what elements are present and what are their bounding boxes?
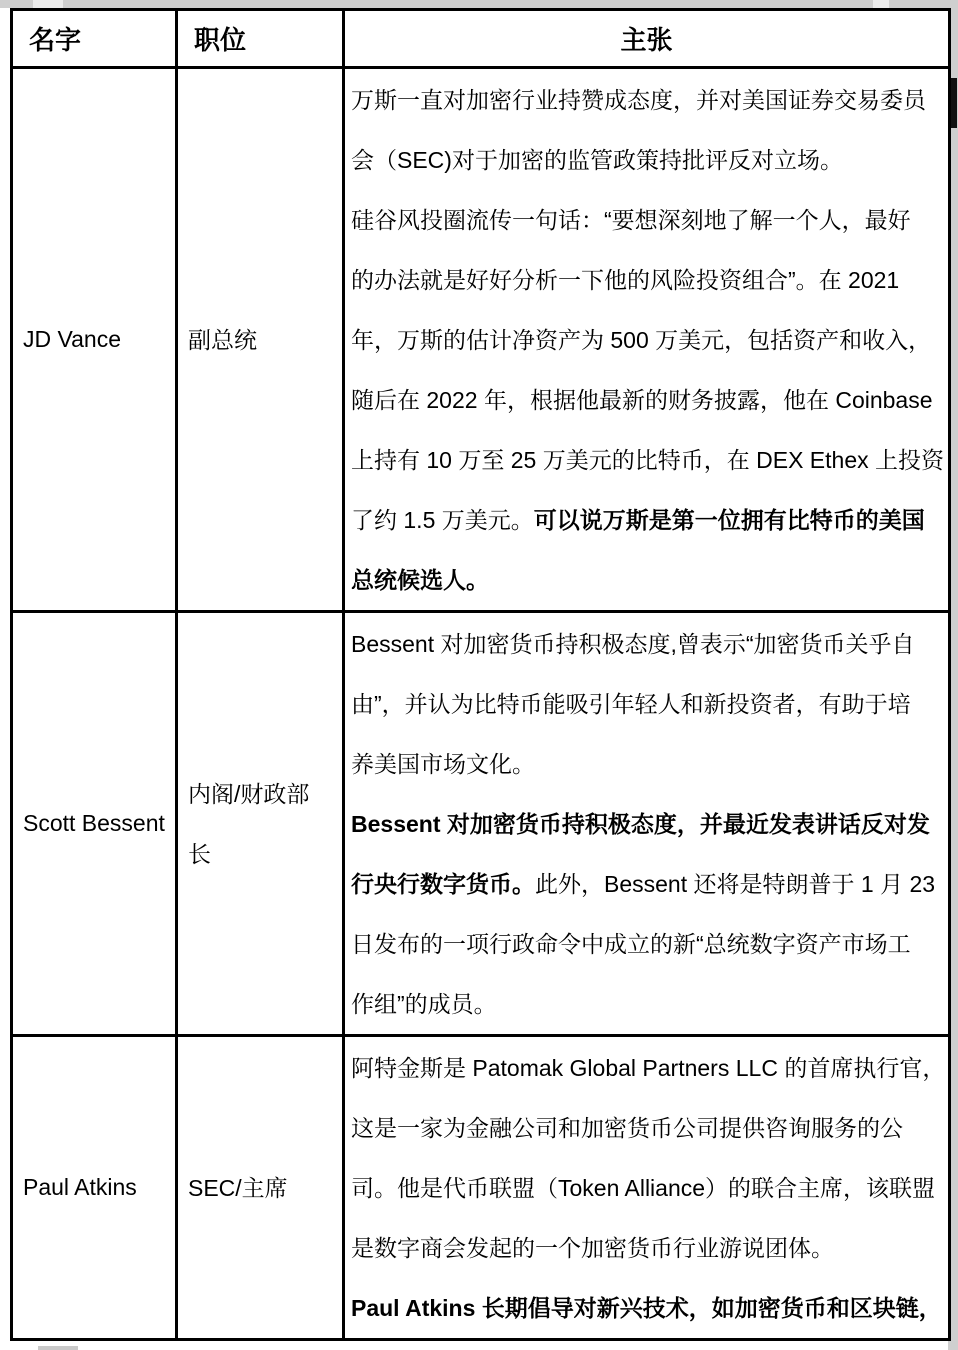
- ruler-tab-right: [873, 0, 889, 8]
- claim-line: 的办法就是好好分析一下他的风险投资组合”。在 2021: [351, 250, 944, 310]
- claim-line: 作组”的成员。: [351, 974, 944, 1034]
- person-name: Paul Atkins: [23, 1174, 171, 1201]
- claim-line: 司。他是代币联盟（Token Alliance）的联合主席，该联盟: [351, 1158, 944, 1218]
- person-position-cell[interactable]: 内阁/财政部长: [177, 612, 344, 1036]
- page-bottom-tab: [38, 1346, 78, 1350]
- position-line: 长: [188, 824, 338, 884]
- table-header-row: 名字 职位 主张: [12, 10, 950, 68]
- header-name[interactable]: 名字: [12, 10, 177, 68]
- claim-line: 日发布的一项行政命令中成立的新“总统数字资产市场工: [351, 914, 944, 974]
- claim-line: 硅谷风投圈流传一句话：“要想深刻地了解一个人，最好: [351, 190, 944, 250]
- header-claim[interactable]: 主张: [344, 10, 950, 68]
- position-line: 副总统: [188, 310, 338, 370]
- person-claim-cell[interactable]: 万斯一直对加密行业持赞成态度，并对美国证券交易委员会（SEC)对于加密的监管政策…: [344, 68, 950, 612]
- person-name: JD Vance: [23, 326, 171, 353]
- claim-line: 上持有 10 万至 25 万美元的比特币，在 DEX Ethex 上投资: [351, 430, 944, 490]
- ruler-tab-left: [33, 0, 63, 8]
- position-line: 内阁/财政部: [188, 764, 338, 824]
- person-name: Scott Bessent: [23, 810, 171, 837]
- table-row: Paul Atkins SEC/主席 阿特金斯是 Patomak Global …: [12, 1036, 950, 1340]
- claim-line: 年，万斯的估计净资产为 500 万美元，包括资产和收入，: [351, 310, 944, 370]
- person-claim-cell[interactable]: Bessent 对加密货币持积极态度,曾表示“加密货币关乎自由”，并认为比特币能…: [344, 612, 950, 1036]
- claim-line: 由”，并认为比特币能吸引年轻人和新投资者，有助于培: [351, 674, 944, 734]
- claim-line: 阿特金斯是 Patomak Global Partners LLC 的首席执行官…: [351, 1038, 944, 1098]
- table-row: Scott Bessent 内阁/财政部长 Bessent 对加密货币持积极态度…: [12, 612, 950, 1036]
- person-position: SEC/主席: [188, 1158, 338, 1218]
- person-name-cell[interactable]: Scott Bessent: [12, 612, 177, 1036]
- claim-line: 会（SEC)对于加密的监管政策持批评反对立场。: [351, 130, 944, 190]
- claim-line: 总统候选人。: [351, 550, 944, 610]
- claim-line: 随后在 2022 年，根据他最新的财务披露，他在 Coinbase: [351, 370, 944, 430]
- person-position-cell[interactable]: 副总统: [177, 68, 344, 612]
- table-row: JD Vance 副总统 万斯一直对加密行业持赞成态度，并对美国证券交易委员会（…: [12, 68, 950, 612]
- claim-line: 养美国市场文化。: [351, 734, 944, 794]
- claim-line: 万斯一直对加密行业持赞成态度，并对美国证券交易委员: [351, 70, 944, 130]
- person-name-cell[interactable]: JD Vance: [12, 68, 177, 612]
- claim-line: 是数字商会发起的一个加密货币行业游说团体。: [351, 1218, 944, 1278]
- chrome-top-strip: [0, 0, 958, 8]
- claim-line: 行央行数字货币。此外，Bessent 还将是特朗普于 1 月 23: [351, 854, 944, 914]
- person-position-cell[interactable]: SEC/主席: [177, 1036, 344, 1340]
- person-position: 内阁/财政部长: [188, 764, 338, 884]
- claim-line: Bessent 对加密货币持积极态度,曾表示“加密货币关乎自: [351, 614, 944, 674]
- person-name-cell[interactable]: Paul Atkins: [12, 1036, 177, 1340]
- claim-line: Paul Atkins 长期倡导对新兴技术，如加密货币和区块链，: [351, 1278, 944, 1338]
- claim-line: 了约 1.5 万美元。可以说万斯是第一位拥有比特币的美国: [351, 490, 944, 550]
- claim-line: Bessent 对加密货币持积极态度，并最近发表讲话反对发: [351, 794, 944, 854]
- crypto-officials-table: 名字 职位 主张 JD Vance 副总统 万斯一直对加密行业持赞成态度，并对美…: [10, 8, 951, 1341]
- claim-line: 这是一家为金融公司和加密货币公司提供咨询服务的公: [351, 1098, 944, 1158]
- header-position[interactable]: 职位: [177, 10, 344, 68]
- person-claim-cell[interactable]: 阿特金斯是 Patomak Global Partners LLC 的首席执行官…: [344, 1036, 950, 1340]
- position-line: SEC/主席: [188, 1158, 338, 1218]
- person-position: 副总统: [188, 310, 338, 370]
